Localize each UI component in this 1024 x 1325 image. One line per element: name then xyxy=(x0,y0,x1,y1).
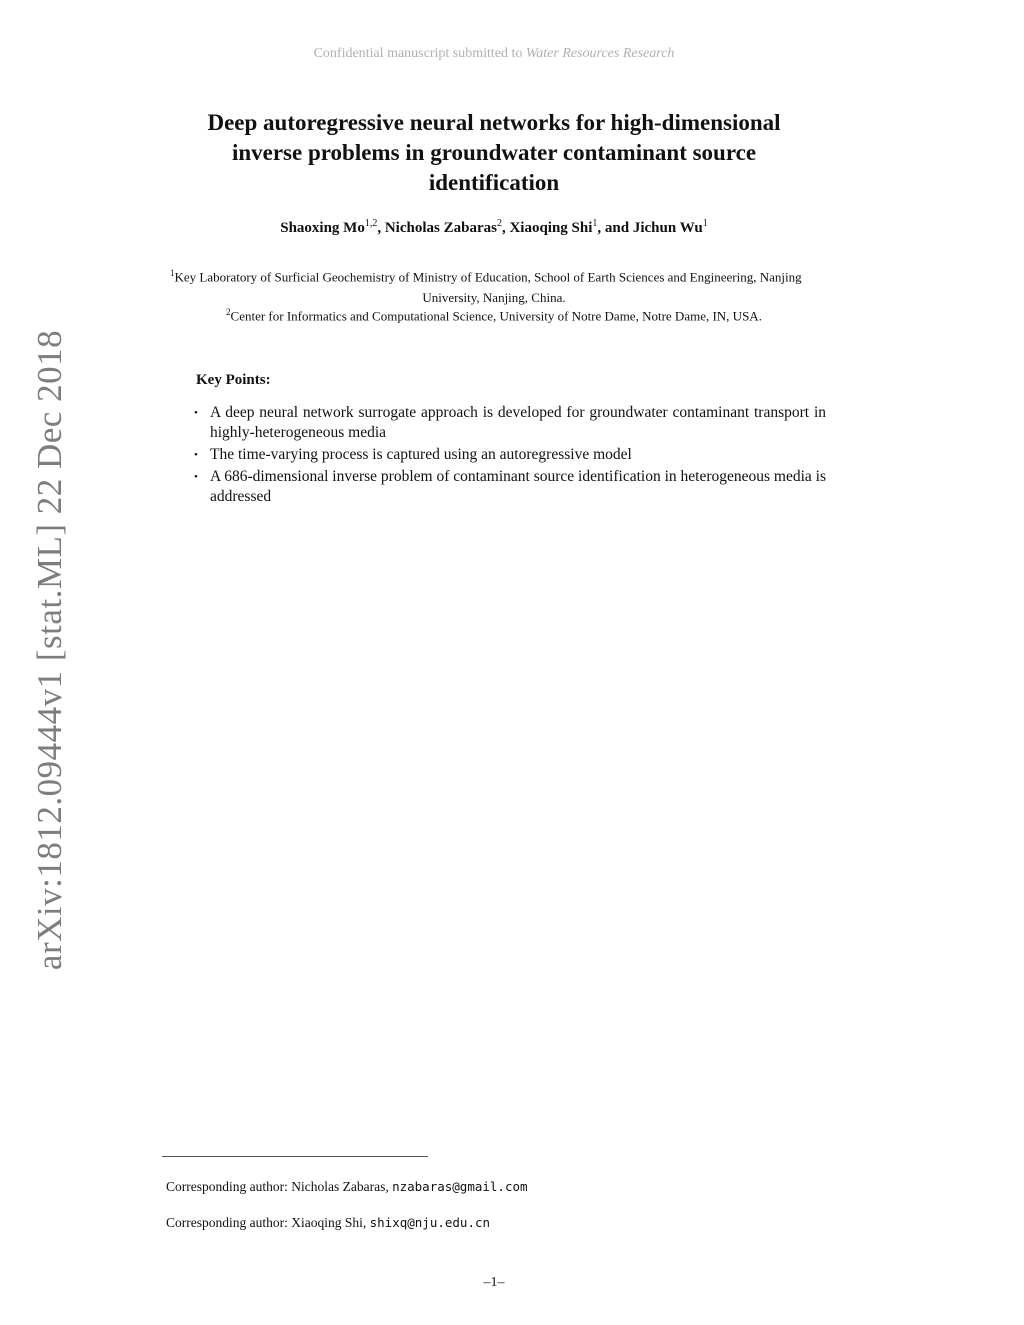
running-header: Confidential manuscript submitted to Wat… xyxy=(0,46,988,62)
affil-text: Key Laboratory of Surficial Geochemistry… xyxy=(175,269,802,284)
affil-text: Center for Informatics and Computational… xyxy=(231,309,762,324)
key-point-item: The time-varying process is captured usi… xyxy=(196,445,826,465)
author-affil-mark: 1,2 xyxy=(365,218,378,229)
author-list: Shaoxing Mo1,2, Nicholas Zabaras2, Xiaoq… xyxy=(160,218,828,237)
key-points-section: Key Points: A deep neural network surrog… xyxy=(196,372,826,509)
footnote-author-name: Nicholas Zabaras, xyxy=(291,1179,388,1194)
page-number: –1– xyxy=(0,1275,988,1291)
journal-name: Water Resources Research xyxy=(526,46,675,61)
footnote-divider xyxy=(162,1156,428,1157)
corresponding-author-footnote: Corresponding author: Nicholas Zabaras, … xyxy=(166,1179,528,1195)
author-separator: , xyxy=(377,220,385,236)
footnote-author-name: Xiaoqing Shi, xyxy=(291,1215,366,1230)
affiliations: 1Key Laboratory of Surficial Geochemistr… xyxy=(160,266,828,324)
author-name: Nicholas Zabaras xyxy=(385,220,497,236)
arxiv-identifier: arXiv:1812.09444v1 [stat.ML] 22 Dec 2018 xyxy=(30,330,70,970)
paper-title: Deep autoregressive neural networks for … xyxy=(180,108,808,198)
author-email-link[interactable]: shixq@nju.edu.cn xyxy=(370,1215,490,1230)
author-name: Xiaoqing Shi xyxy=(509,220,592,236)
affiliation-1-continued: University, Nanjing, China. xyxy=(160,284,828,305)
affiliation-1: 1Key Laboratory of Surficial Geochemistr… xyxy=(160,266,828,284)
running-header-prefix: Confidential manuscript submitted to xyxy=(314,46,526,61)
author-separator: , and xyxy=(597,220,632,236)
author-affil-mark: 1 xyxy=(703,218,708,229)
key-point-item: A 686-dimensional inverse problem of con… xyxy=(196,467,826,507)
key-point-item: A deep neural network surrogate approach… xyxy=(196,403,826,443)
author-email-link[interactable]: nzabaras@gmail.com xyxy=(392,1179,527,1194)
author-name: Jichun Wu xyxy=(633,220,703,236)
affiliation-2: 2Center for Informatics and Computationa… xyxy=(160,305,828,323)
key-points-list: A deep neural network surrogate approach… xyxy=(196,403,826,507)
author-name: Shaoxing Mo xyxy=(280,220,365,236)
footnote-label: Corresponding author: xyxy=(166,1179,288,1194)
footnote-label: Corresponding author: xyxy=(166,1215,288,1230)
corresponding-author-footnote: Corresponding author: Xiaoqing Shi, shix… xyxy=(166,1215,490,1231)
key-points-heading: Key Points: xyxy=(196,372,826,389)
